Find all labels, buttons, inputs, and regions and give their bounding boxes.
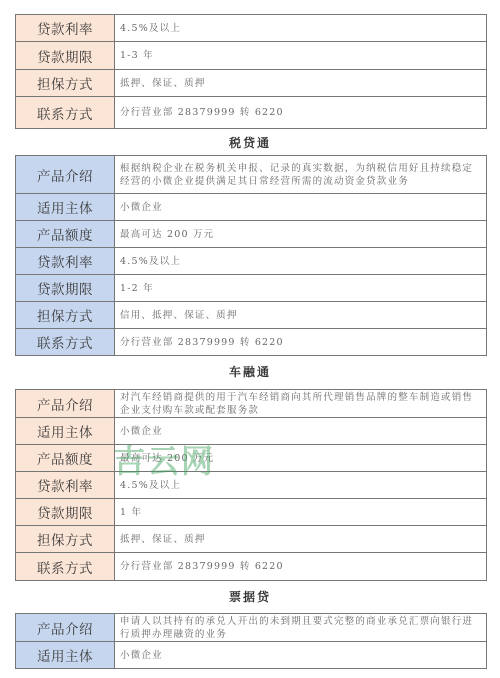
row-label: 适用主体 bbox=[16, 418, 115, 445]
row-label: 产品介绍 bbox=[16, 156, 115, 194]
table-row: 担保方式 信用、抵押、保证、质押 bbox=[16, 302, 487, 329]
row-value: 根据纳税企业在税务机关申报、记录的真实数据，为纳税信用好且持续稳定经营的小微企业… bbox=[115, 156, 487, 194]
row-value: 信用、抵押、保证、质押 bbox=[115, 302, 487, 329]
row-value: 4.5%及以上 bbox=[115, 248, 487, 275]
product-table-cherongtong: 产品介绍 对汽车经销商提供的用于汽车经销商向其所代理销售品牌的整车制造或销售企业… bbox=[15, 389, 487, 581]
row-label: 贷款利率 bbox=[16, 472, 115, 499]
table-row: 适用主体 小微企业 bbox=[16, 418, 487, 445]
section-title-cherongtong: 车融通 bbox=[0, 363, 500, 380]
row-value: 小微企业 bbox=[115, 418, 487, 445]
table-row: 产品额度 最高可达 200 万元 bbox=[16, 445, 487, 472]
row-label: 适用主体 bbox=[16, 642, 115, 669]
document-page: 贷款利率 4.5%及以上 贷款期限 1-3 年 担保方式 抵押、保证、质押 联系… bbox=[0, 0, 500, 678]
table-row: 担保方式 抵押、保证、质押 bbox=[16, 526, 487, 553]
row-value: 最高可达 200 万元 bbox=[115, 221, 487, 248]
table-row: 担保方式 抵押、保证、质押 bbox=[16, 70, 487, 97]
row-value: 4.5%及以上 bbox=[115, 472, 487, 499]
product-table-shuidaitong: 产品介绍 根据纳税企业在税务机关申报、记录的真实数据，为纳税信用好且持续稳定经营… bbox=[15, 155, 487, 356]
row-label: 担保方式 bbox=[16, 526, 115, 553]
table-row: 产品介绍 对汽车经销商提供的用于汽车经销商向其所代理销售品牌的整车制造或销售企业… bbox=[16, 390, 487, 418]
product-table-continued: 贷款利率 4.5%及以上 贷款期限 1-3 年 担保方式 抵押、保证、质押 联系… bbox=[15, 14, 487, 129]
row-label: 适用主体 bbox=[16, 194, 115, 221]
row-value: 抵押、保证、质押 bbox=[115, 526, 487, 553]
table-row: 产品额度 最高可达 200 万元 bbox=[16, 221, 487, 248]
row-label: 贷款期限 bbox=[16, 42, 115, 70]
row-value: 小微企业 bbox=[115, 194, 487, 221]
row-label: 担保方式 bbox=[16, 302, 115, 329]
table-row: 贷款利率 4.5%及以上 bbox=[16, 472, 487, 499]
table-row: 产品介绍 申请人以其持有的承兑人开出的未到期且要式完整的商业承兑汇票向银行进行质… bbox=[16, 614, 487, 642]
row-value: 抵押、保证、质押 bbox=[115, 70, 487, 97]
section-title-piaojudai: 票据贷 bbox=[0, 588, 500, 605]
row-label: 贷款利率 bbox=[16, 248, 115, 275]
row-label: 贷款期限 bbox=[16, 275, 115, 302]
row-value: 1 年 bbox=[115, 499, 487, 526]
row-label: 产品额度 bbox=[16, 221, 115, 248]
table-row: 适用主体 小微企业 bbox=[16, 194, 487, 221]
row-value: 分行营业部 28379999 转 6220 bbox=[115, 329, 487, 356]
row-label: 产品额度 bbox=[16, 445, 115, 472]
product-table-piaojudai: 产品介绍 申请人以其持有的承兑人开出的未到期且要式完整的商业承兑汇票向银行进行质… bbox=[15, 613, 487, 669]
table-row: 贷款期限 1 年 bbox=[16, 499, 487, 526]
table-row: 贷款利率 4.5%及以上 bbox=[16, 15, 487, 42]
table-row: 贷款期限 1-3 年 bbox=[16, 42, 487, 70]
table-row: 贷款利率 4.5%及以上 bbox=[16, 248, 487, 275]
row-label: 联系方式 bbox=[16, 329, 115, 356]
table-row: 贷款期限 1-2 年 bbox=[16, 275, 487, 302]
row-label: 联系方式 bbox=[16, 553, 115, 581]
table-row: 适用主体 小微企业 bbox=[16, 642, 487, 669]
table-row: 联系方式 分行营业部 28379999 转 6220 bbox=[16, 97, 487, 129]
row-label: 联系方式 bbox=[16, 97, 115, 129]
table-row: 联系方式 分行营业部 28379999 转 6220 bbox=[16, 553, 487, 581]
row-value: 分行营业部 28379999 转 6220 bbox=[115, 97, 487, 129]
row-label: 贷款利率 bbox=[16, 15, 115, 42]
row-value: 申请人以其持有的承兑人开出的未到期且要式完整的商业承兑汇票向银行进行质押办理融资… bbox=[115, 614, 487, 642]
row-value: 分行营业部 28379999 转 6220 bbox=[115, 553, 487, 581]
row-value: 4.5%及以上 bbox=[115, 15, 487, 42]
row-value: 最高可达 200 万元 bbox=[115, 445, 487, 472]
row-label: 产品介绍 bbox=[16, 614, 115, 642]
row-value: 1-2 年 bbox=[115, 275, 487, 302]
row-label: 贷款期限 bbox=[16, 499, 115, 526]
row-value: 小微企业 bbox=[115, 642, 487, 669]
row-value: 1-3 年 bbox=[115, 42, 487, 70]
section-title-shuidaitong: 税贷通 bbox=[0, 134, 500, 151]
row-label: 担保方式 bbox=[16, 70, 115, 97]
table-row: 联系方式 分行营业部 28379999 转 6220 bbox=[16, 329, 487, 356]
row-label: 产品介绍 bbox=[16, 390, 115, 418]
row-value: 对汽车经销商提供的用于汽车经销商向其所代理销售品牌的整车制造或销售企业支付购车款… bbox=[115, 390, 487, 418]
table-row: 产品介绍 根据纳税企业在税务机关申报、记录的真实数据，为纳税信用好且持续稳定经营… bbox=[16, 156, 487, 194]
